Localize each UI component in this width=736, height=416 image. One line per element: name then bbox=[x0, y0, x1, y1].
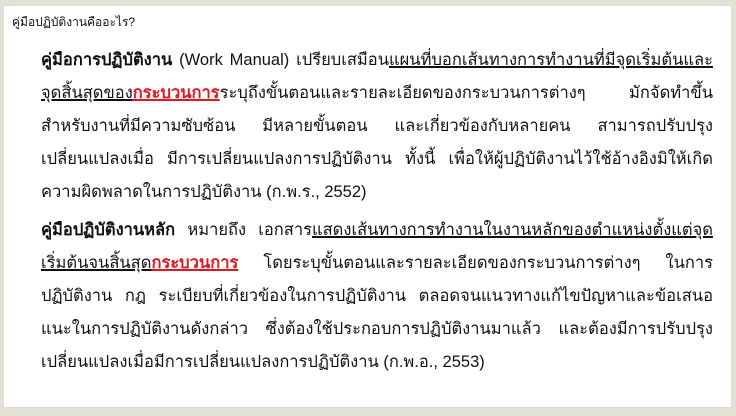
highlight-process: กระบวนการ bbox=[133, 84, 220, 102]
page-title: คู่มือปฏิบัติงานคืออะไร? bbox=[12, 13, 135, 32]
term-english: (Work Manual) เปรียบเสมือน bbox=[172, 51, 389, 69]
paragraph-work-manual: คู่มือการปฏิบัติงาน (Work Manual) เปรียบ… bbox=[41, 44, 713, 209]
content-panel: คู่มือปฏิบัติงานคืออะไร? คู่มือการปฏิบัต… bbox=[4, 6, 731, 407]
term-main-manual: คู่มือปฏิบัติงานหลัก bbox=[41, 221, 175, 239]
paragraph-intro: หมายถึง เอกสาร bbox=[175, 221, 312, 239]
term-work-manual: คู่มือการปฏิบัติงาน bbox=[41, 51, 172, 69]
highlight-process: กระบวนการ bbox=[151, 254, 238, 272]
paragraph-main-manual: คู่มือปฏิบัติงานหลัก หมายถึง เอกสารแสดงเ… bbox=[41, 214, 713, 379]
